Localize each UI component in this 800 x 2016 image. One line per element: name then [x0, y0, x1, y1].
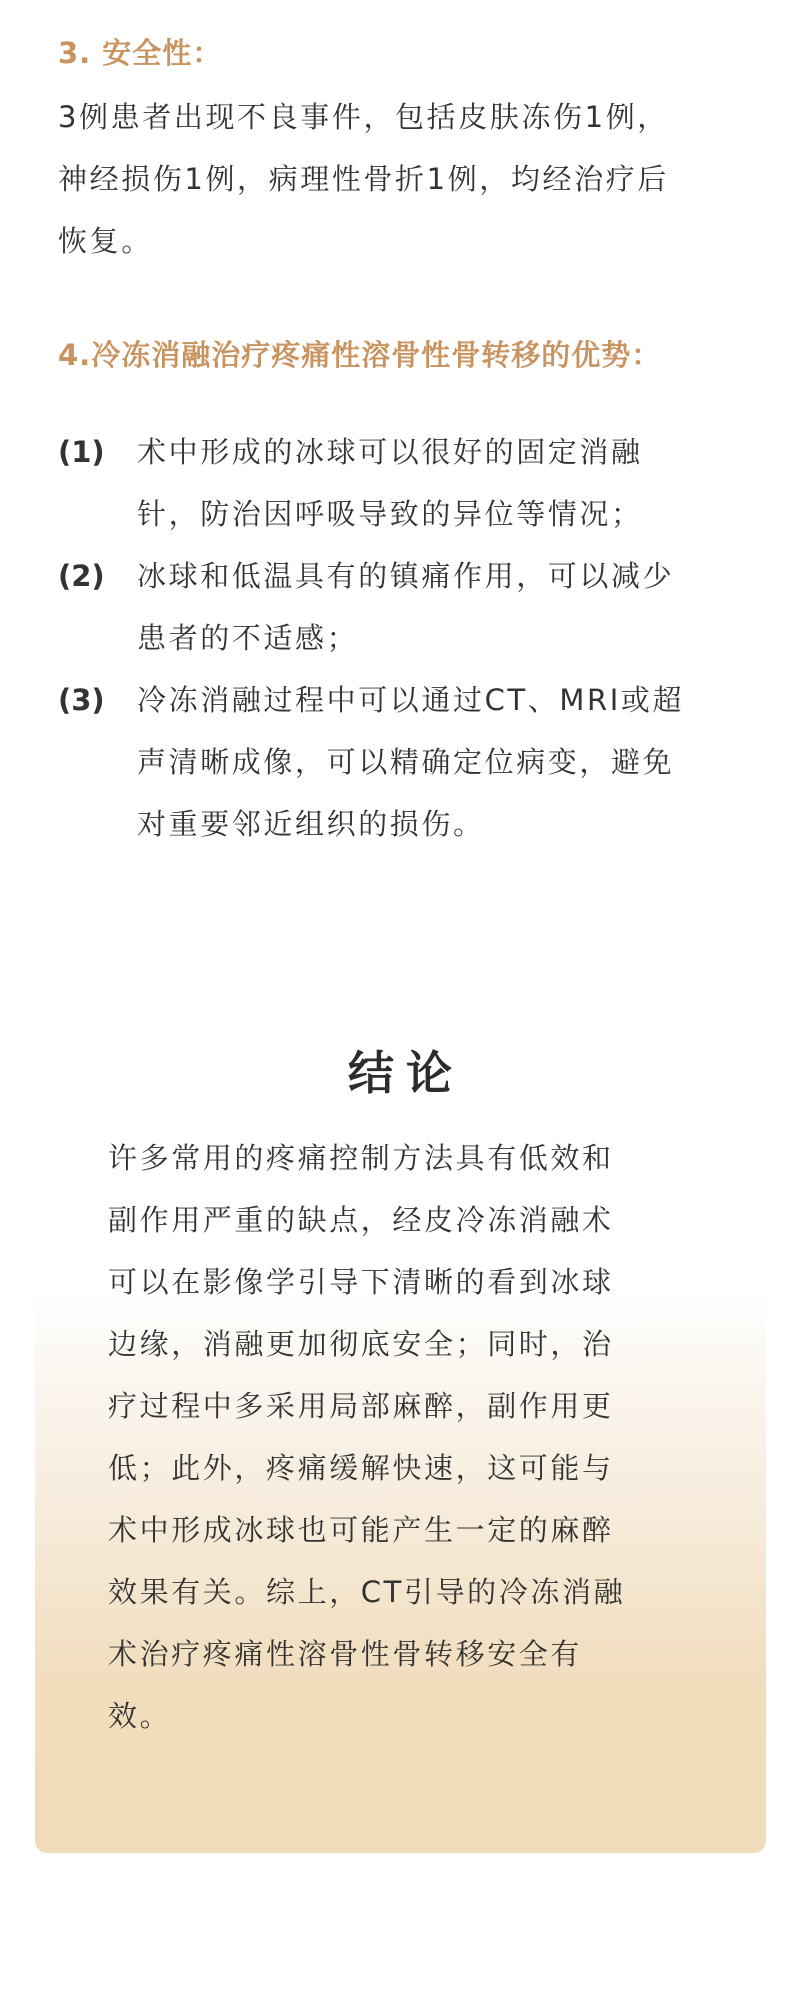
list-item-text: 冰球和低温具有的镇痛作用，可以减少 患者的不适感；: [137, 545, 748, 669]
list-item: (3) 冷冻消融过程中可以通过CT、MRI或超 声清晰成像，可以精确定位病变，避…: [58, 669, 748, 855]
paragraph-line: 术中形成冰球也可能产生一定的麻醉: [108, 1499, 678, 1561]
conclusion-paragraph: 许多常用的疼痛控制方法具有低效和 副作用严重的缺点，经皮冷冻消融术 可以在影像学…: [108, 1127, 678, 1747]
paragraph-line: 3例患者出现不良事件，包括皮肤冻伤1例，: [58, 86, 748, 148]
paragraph-line: 效。: [108, 1685, 678, 1747]
list-item-number: (1): [58, 421, 105, 483]
paragraph-line: 术中形成的冰球可以很好的固定消融: [137, 421, 748, 483]
paragraph-line: 针，防治因呼吸导致的异位等情况；: [137, 483, 748, 545]
list-item-text: 术中形成的冰球可以很好的固定消融 针，防治因呼吸导致的异位等情况；: [137, 421, 748, 545]
paragraph-line: 冰球和低温具有的镇痛作用，可以减少: [137, 545, 748, 607]
safety-heading: 3. 安全性：: [58, 33, 222, 73]
paragraph-line: 副作用严重的缺点，经皮冷冻消融术: [108, 1189, 678, 1251]
paragraph-line: 边缘，消融更加彻底安全；同时，治: [108, 1313, 678, 1375]
list-item: (2) 冰球和低温具有的镇痛作用，可以减少 患者的不适感；: [58, 545, 748, 669]
paragraph-line: 许多常用的疼痛控制方法具有低效和: [108, 1127, 678, 1189]
list-item-number: (2): [58, 545, 105, 607]
advantages-heading: 4.冷冻消融治疗疼痛性溶骨性骨转移的优势：: [58, 335, 661, 375]
list-item: (1) 术中形成的冰球可以很好的固定消融 针，防治因呼吸导致的异位等情况；: [58, 421, 748, 545]
paragraph-line: 患者的不适感；: [137, 607, 748, 669]
paragraph-line: 术治疗疼痛性溶骨性骨转移安全有: [108, 1623, 678, 1685]
paragraph-line: 神经损伤1例，病理性骨折1例，均经治疗后: [58, 148, 748, 210]
list-item-text: 冷冻消融过程中可以通过CT、MRI或超 声清晰成像，可以精确定位病变，避免 对重…: [137, 669, 748, 855]
paragraph-line: 可以在影像学引导下清晰的看到冰球: [108, 1251, 678, 1313]
paragraph-line: 疗过程中多采用局部麻醉，副作用更: [108, 1375, 678, 1437]
paragraph-line: 对重要邻近组织的损伤。: [137, 793, 748, 855]
paragraph-line: 低；此外，疼痛缓解快速，这可能与: [108, 1437, 678, 1499]
advantages-list: (1) 术中形成的冰球可以很好的固定消融 针，防治因呼吸导致的异位等情况； (2…: [58, 421, 748, 855]
paragraph-line: 效果有关。综上，CT引导的冷冻消融: [108, 1561, 678, 1623]
paragraph-line: 恢复。: [58, 210, 748, 272]
paragraph-line: 声清晰成像，可以精确定位病变，避免: [137, 731, 748, 793]
paragraph-line: 冷冻消融过程中可以通过CT、MRI或超: [137, 669, 748, 731]
list-item-number: (3): [58, 669, 105, 731]
safety-paragraph: 3例患者出现不良事件，包括皮肤冻伤1例， 神经损伤1例，病理性骨折1例，均经治疗…: [58, 86, 748, 272]
conclusion-title: 结论: [0, 1043, 800, 1103]
